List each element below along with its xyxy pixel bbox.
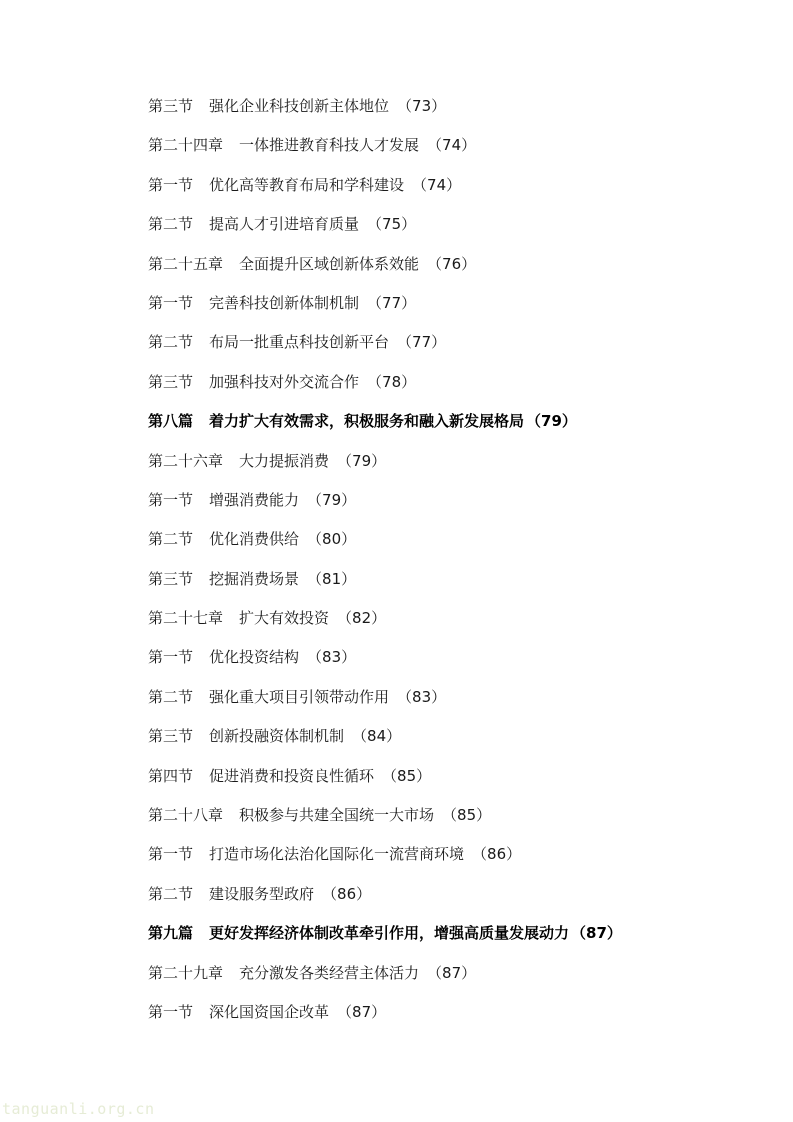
toc-section[interactable]: 第四节促进消费和投资良性循环（85）: [148, 764, 748, 803]
toc-section[interactable]: 第一节优化高等教育布局和学科建设（74）: [148, 173, 748, 212]
toc-label: 第一节: [148, 291, 193, 315]
toc-chapter[interactable]: 第二十六章大力提振消费（79）: [148, 449, 748, 488]
toc-title: 创新投融资体制机制: [209, 724, 344, 748]
toc-label: 第二节: [148, 212, 193, 236]
toc-part[interactable]: 第九篇更好发挥经济体制改革牵引作用，增强高质量发展动力（87）: [148, 921, 748, 960]
toc-page: （84）: [352, 724, 401, 748]
toc-title: 打造市场化法治化国际化一流营商环境: [209, 842, 464, 866]
toc-page: （87）: [427, 961, 476, 985]
toc-title: 更好发挥经济体制改革牵引作用，增强高质量发展动力: [209, 921, 569, 945]
toc-page: （78）: [367, 370, 416, 394]
toc-label: 第二十八章: [148, 803, 223, 827]
toc-title: 强化重大项目引领带动作用: [209, 685, 389, 709]
toc-label: 第二十九章: [148, 961, 223, 985]
toc-section[interactable]: 第二节强化重大项目引领带动作用（83）: [148, 685, 748, 724]
toc-section[interactable]: 第三节强化企业科技创新主体地位（73）: [148, 94, 748, 133]
toc-title: 提高人才引进培育质量: [209, 212, 359, 236]
toc-label: 第一节: [148, 488, 193, 512]
toc-page: （79）: [307, 488, 356, 512]
toc-page: （83）: [397, 685, 446, 709]
toc-label: 第一节: [148, 1000, 193, 1024]
toc-title: 着力扩大有效需求，积极服务和融入新发展格局: [209, 409, 524, 433]
toc-label: 第四节: [148, 764, 193, 788]
toc-page: （76）: [427, 252, 476, 276]
toc-label: 第三节: [148, 724, 193, 748]
toc-page: （86）: [322, 882, 371, 906]
toc-section[interactable]: 第一节打造市场化法治化国际化一流营商环境（86）: [148, 842, 748, 881]
toc-title: 强化企业科技创新主体地位: [209, 94, 389, 118]
toc-title: 全面提升区域创新体系效能: [239, 252, 419, 276]
toc-page: （81）: [307, 567, 356, 591]
toc-title: 增强消费能力: [209, 488, 299, 512]
toc-label: 第二节: [148, 882, 193, 906]
toc-title: 一体推进教育科技人才发展: [239, 133, 419, 157]
toc-page: （87）: [571, 921, 622, 945]
toc-label: 第二节: [148, 685, 193, 709]
toc-label: 第一节: [148, 645, 193, 669]
toc-page: （79）: [526, 409, 577, 433]
toc-page: （83）: [307, 645, 356, 669]
toc-chapter[interactable]: 第二十八章积极参与共建全国统一大市场（85）: [148, 803, 748, 842]
toc-label: 第二十四章: [148, 133, 223, 157]
toc-page: （82）: [337, 606, 386, 630]
toc-title: 深化国资国企改革: [209, 1000, 329, 1024]
toc-chapter[interactable]: 第二十四章一体推进教育科技人才发展（74）: [148, 133, 748, 172]
toc-page: （77）: [397, 330, 446, 354]
toc-page: （79）: [337, 449, 386, 473]
toc-title: 扩大有效投资: [239, 606, 329, 630]
toc-page: （74）: [427, 133, 476, 157]
toc-label: 第二十六章: [148, 449, 223, 473]
toc-title: 建设服务型政府: [209, 882, 314, 906]
toc-label: 第一节: [148, 842, 193, 866]
toc-section[interactable]: 第一节完善科技创新体制机制（77）: [148, 291, 748, 330]
toc-page: （74）: [412, 173, 461, 197]
toc-section[interactable]: 第二节优化消费供给（80）: [148, 527, 748, 566]
toc-section[interactable]: 第一节增强消费能力（79）: [148, 488, 748, 527]
toc-section[interactable]: 第一节深化国资国企改革（87）: [148, 1000, 748, 1039]
toc-label: 第二十七章: [148, 606, 223, 630]
toc-page: （85）: [382, 764, 431, 788]
toc-label: 第三节: [148, 94, 193, 118]
toc-title: 优化消费供给: [209, 527, 299, 551]
toc-title: 促进消费和投资良性循环: [209, 764, 374, 788]
toc-title: 充分激发各类经营主体活力: [239, 961, 419, 985]
toc-page: （77）: [367, 291, 416, 315]
toc-title: 优化高等教育布局和学科建设: [209, 173, 404, 197]
watermark: tanguanli.org.cn: [2, 1100, 155, 1118]
toc-page: （86）: [472, 842, 521, 866]
toc-section[interactable]: 第二节建设服务型政府（86）: [148, 882, 748, 921]
toc-part[interactable]: 第八篇着力扩大有效需求，积极服务和融入新发展格局（79）: [148, 409, 748, 448]
toc-label: 第二节: [148, 330, 193, 354]
toc-title: 大力提振消费: [239, 449, 329, 473]
toc-page: （85）: [442, 803, 491, 827]
toc-label: 第三节: [148, 567, 193, 591]
toc-page: （75）: [367, 212, 416, 236]
table-of-contents: 第三节强化企业科技创新主体地位（73） 第二十四章一体推进教育科技人才发展（74…: [148, 94, 748, 1039]
toc-label: 第三节: [148, 370, 193, 394]
toc-section[interactable]: 第二节布局一批重点科技创新平台（77）: [148, 330, 748, 369]
toc-page: （87）: [337, 1000, 386, 1024]
toc-label: 第九篇: [148, 921, 193, 945]
toc-label: 第二十五章: [148, 252, 223, 276]
toc-title: 加强科技对外交流合作: [209, 370, 359, 394]
toc-chapter[interactable]: 第二十七章扩大有效投资（82）: [148, 606, 748, 645]
toc-page: （80）: [307, 527, 356, 551]
toc-chapter[interactable]: 第二十九章充分激发各类经营主体活力（87）: [148, 961, 748, 1000]
toc-title: 挖掘消费场景: [209, 567, 299, 591]
toc-label: 第八篇: [148, 409, 193, 433]
toc-section[interactable]: 第三节挖掘消费场景（81）: [148, 567, 748, 606]
toc-label: 第二节: [148, 527, 193, 551]
toc-page: （73）: [397, 94, 446, 118]
toc-section[interactable]: 第三节创新投融资体制机制（84）: [148, 724, 748, 763]
toc-section[interactable]: 第三节加强科技对外交流合作（78）: [148, 370, 748, 409]
toc-chapter[interactable]: 第二十五章全面提升区域创新体系效能（76）: [148, 252, 748, 291]
toc-label: 第一节: [148, 173, 193, 197]
toc-section[interactable]: 第一节优化投资结构（83）: [148, 645, 748, 684]
toc-title: 布局一批重点科技创新平台: [209, 330, 389, 354]
toc-title: 优化投资结构: [209, 645, 299, 669]
toc-title: 积极参与共建全国统一大市场: [239, 803, 434, 827]
toc-title: 完善科技创新体制机制: [209, 291, 359, 315]
toc-section[interactable]: 第二节提高人才引进培育质量（75）: [148, 212, 748, 251]
